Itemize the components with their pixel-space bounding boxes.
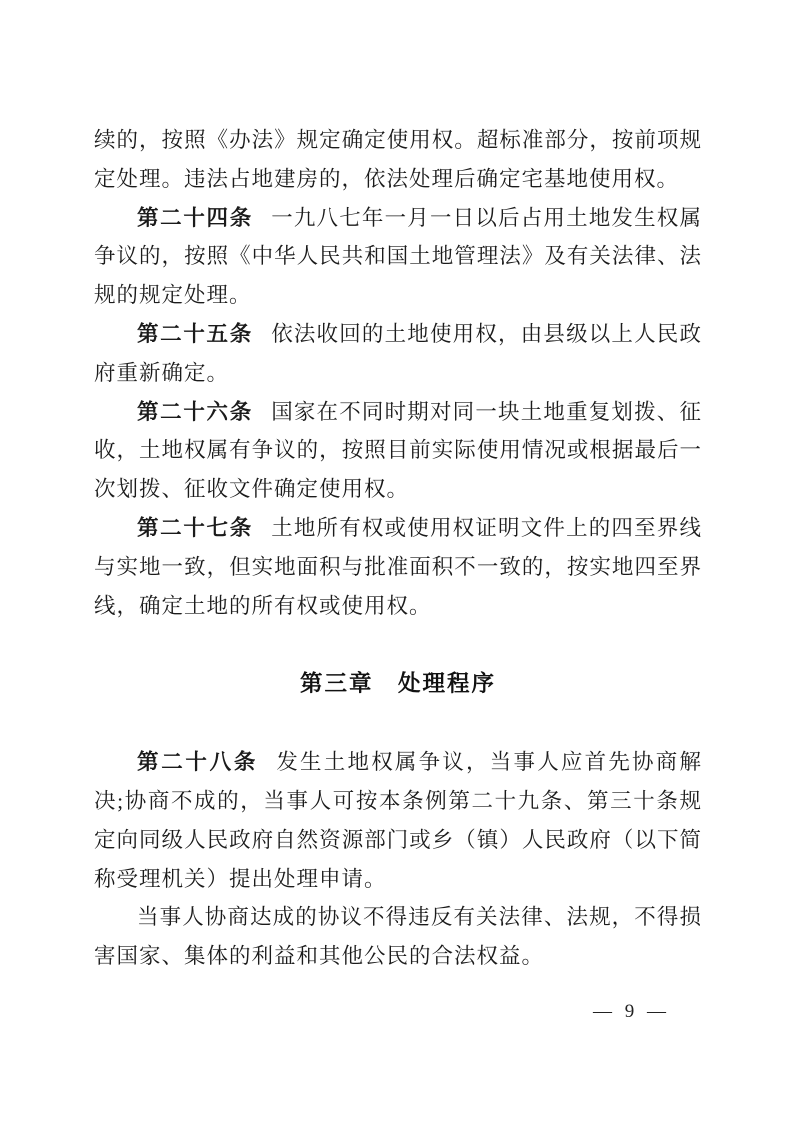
closing-paragraph-text: 当事人协商达成的协议不得违反有关法律、法规，不得损害国家、集体的利益和其他公民的…	[94, 905, 702, 968]
article-26-number: 第二十六条	[137, 400, 253, 424]
continuation-paragraph: 续的，按照《办法》规定确定使用权。超标准部分，按前项规定处理。违法占地建房的，依…	[94, 121, 702, 199]
page-number: — 9 —	[593, 1000, 670, 1024]
article-27-paragraph: 第二十七条土地所有权或使用权证明文件上的四至界线与实地一致，但实地面积与批准面积…	[94, 509, 702, 625]
article-24-number: 第二十四条	[137, 206, 253, 230]
article-26-paragraph: 第二十六条国家在不同时期对同一块土地重复划拨、征收，土地权属有争议的，按照目前实…	[94, 393, 702, 509]
article-27-number: 第二十七条	[137, 516, 253, 540]
chapter-heading: 第三章 处理程序	[94, 665, 702, 704]
document-page: 续的，按照《办法》规定确定使用权。超标准部分，按前项规定处理。违法占地建房的，依…	[0, 0, 794, 1122]
article-28-number: 第二十八条	[137, 750, 258, 774]
paragraph-text: 续的，按照《办法》规定确定使用权。超标准部分，按前项规定处理。违法占地建房的，依…	[94, 128, 702, 191]
article-25-paragraph: 第二十五条依法收回的土地使用权，由县级以上人民政府重新确定。	[94, 315, 702, 393]
article-25-number: 第二十五条	[137, 322, 253, 346]
document-body: 续的，按照《办法》规定确定使用权。超标准部分，按前项规定处理。违法占地建房的，依…	[94, 121, 702, 976]
article-28-paragraph: 第二十八条发生土地权属争议，当事人应首先协商解决;协商不成的，当事人可按本条例第…	[94, 743, 702, 898]
article-24-paragraph: 第二十四条一九八七年一月一日以后占用土地发生权属争议的，按照《中华人民共和国土地…	[94, 199, 702, 315]
closing-paragraph: 当事人协商达成的协议不得违反有关法律、法规，不得损害国家、集体的利益和其他公民的…	[94, 898, 702, 976]
